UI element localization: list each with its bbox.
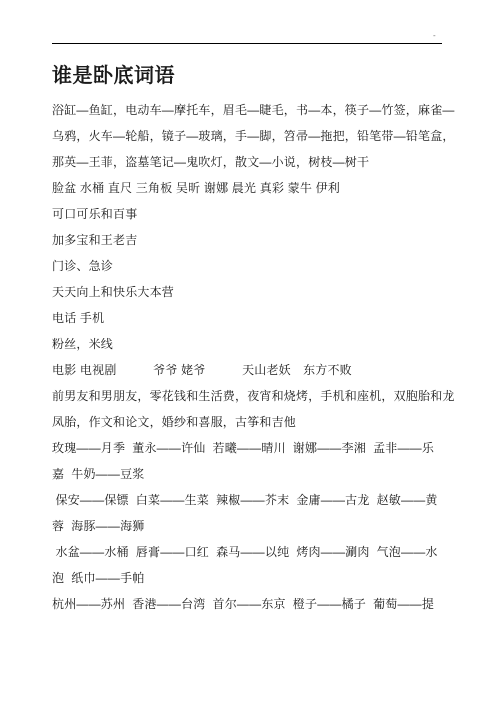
text-line: 浴缸—鱼缸，电动车—摩托车，眉毛—睫毛，书—本，筷子—竹签，麻雀— <box>52 97 452 123</box>
header-mark: - <box>433 32 435 40</box>
text-line: 粉丝，米线 <box>52 331 452 357</box>
text-line: 门诊、急诊 <box>52 253 452 279</box>
text-line: 可口可乐和百事 <box>52 201 452 227</box>
document-page: - 谁是卧底词语 浴缸—鱼缸，电动车—摩托车，眉毛—睫毛，书—本，筷子—竹签，麻… <box>0 0 496 702</box>
text-line: 嘉 牛奶——豆浆 <box>52 461 452 487</box>
text-line: 泡 纸巾——手帕 <box>52 565 452 591</box>
text-line: 电影 电视剧 爷爷 姥爷 天山老妖 东方不败 <box>52 357 452 383</box>
text-line: 凤胎，作文和论文，婚纱和喜服，古筝和吉他 <box>52 409 452 435</box>
text-line: 保安——保镖 白菜——生菜 辣椒——芥末 金庸——古龙 赵敏——黄 <box>52 487 452 513</box>
text-line: 蓉 海豚——海狮 <box>52 513 452 539</box>
text-line: 脸盆 水桶 直尺 三角板 吴昕 谢娜 晨光 真彩 蒙牛 伊利 <box>52 175 452 201</box>
text-line: 乌鸦，火车—轮船，镜子—玻璃，手—脚，笤帚—拖把，铅笔带—铅笔盒， <box>52 123 452 149</box>
text-line: 杭州——苏州 香港——台湾 首尔——东京 橙子——橘子 葡萄——提 <box>52 591 452 617</box>
text-line: 天天向上和快乐大本营 <box>52 279 452 305</box>
text-line: 那英—王菲，盗墓笔记—鬼吹灯，散文—小说，树枝—树干 <box>52 149 452 175</box>
document-body: 浴缸—鱼缸，电动车—摩托车，眉毛—睫毛，书—本，筷子—竹签，麻雀— 乌鸦，火车—… <box>52 97 452 617</box>
text-line: 玫瑰——月季 董永——许仙 若曦——晴川 谢娜——李湘 孟非——乐 <box>52 435 452 461</box>
text-line: 加多宝和王老吉 <box>52 227 452 253</box>
document-title: 谁是卧底词语 <box>52 64 175 88</box>
text-line: 前男友和男朋友，零花钱和生活费，夜宵和烧烤，手机和座机，双胞胎和龙 <box>52 383 452 409</box>
text-line: 水盆——水桶 唇膏——口红 森马——以纯 烤肉——涮肉 气泡——水 <box>52 539 452 565</box>
header-divider <box>52 43 442 44</box>
text-line: 电话 手机 <box>52 305 452 331</box>
